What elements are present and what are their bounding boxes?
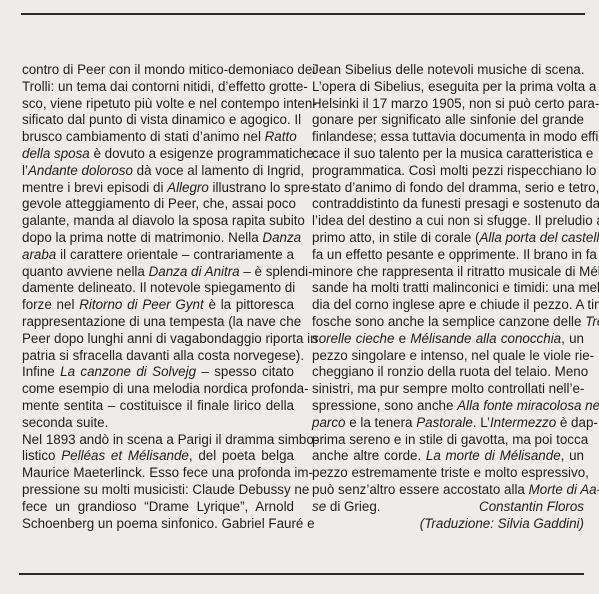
text-line: fece un grandioso “Drame Lyrique”, Arnol…: [22, 499, 294, 516]
text-line: cace il suo talento per la musica caratt…: [312, 146, 584, 163]
italic-title: La morte di Mélisande: [426, 448, 561, 463]
text-run: mente sentita – costituisce il finale li…: [22, 398, 294, 413]
text-run: finlandese; essa tuttavia documenta in m…: [312, 129, 599, 144]
text-run: Trolli: un tema dai contorni nitidi, d’e…: [22, 79, 308, 94]
text-line: gevole atteggiamento di Peer, che, assai…: [22, 196, 294, 213]
author-signature: Constantin Floros: [479, 499, 584, 516]
text-run: , un: [561, 448, 584, 463]
text-run: l’idea del destino a cui non si sfugge. …: [312, 213, 599, 228]
text-run: seconda suite.: [22, 415, 108, 430]
text-run: è la pittoresca: [204, 297, 294, 312]
text-run: patria si sfracella davanti alla costa n…: [22, 348, 304, 363]
text-run: Maurice Maeterlinck. Esso fece una profo…: [22, 465, 313, 480]
italic-title: Danza: [262, 230, 301, 245]
text-run: , un: [561, 331, 584, 346]
left-column: contro di Peer con il mondo mitico-demon…: [22, 62, 294, 532]
text-line: minore che rappresenta il ritratto music…: [312, 264, 584, 281]
text-run: sificato dal punto di vista dinamico e a…: [22, 112, 301, 127]
bottom-rule: [19, 573, 584, 575]
text-line: mentre i brevi episodi di Allegro illust…: [22, 180, 294, 197]
text-run: gevole atteggiamento di Peer, che, assai…: [22, 196, 296, 211]
text-run: – spesso citato: [196, 364, 294, 379]
text-run: , del poeta belga: [189, 448, 294, 463]
italic-title: Pelléas et Mélisande: [61, 448, 189, 463]
text-run: anche altre corde.: [312, 448, 426, 463]
text-run: è dovuto a esigenze programmatiche:: [90, 146, 318, 161]
italic-title: Danza di Anitra: [149, 264, 240, 279]
text-line: dia del corno inglese apre e chiude il p…: [312, 297, 584, 314]
text-run: fece un grandioso “Drame Lyrique”, Arnol…: [22, 499, 294, 514]
text-line: seconda suite.: [22, 415, 294, 432]
text-line: primo atto, in stile di corale (Alla por…: [312, 230, 584, 247]
text-line: programmatica. Così molti pezzi rispecch…: [312, 163, 584, 180]
italic-title: Allegro: [167, 180, 209, 195]
text-line: pezzo estremamente triste e molto espres…: [312, 465, 584, 482]
italic-title: Morte di Aa-: [529, 482, 599, 497]
text-run: dopo la prima notte di matrimonio. Nella: [22, 230, 262, 245]
italic-title: parco: [312, 415, 346, 430]
text-line: listico Pelléas et Mélisande, del poeta …: [22, 448, 294, 465]
text-line: pressione su molti musicisti: Claude Deb…: [22, 482, 294, 499]
italic-title: La canzone di Solvejg: [60, 364, 196, 379]
text-run: può senz’altro essere accostato alla: [312, 482, 529, 497]
text-line: fosche sono anche la semplice canzone de…: [312, 314, 584, 331]
text-run: Helsinki il 17 marzo 1905, non si può ce…: [312, 96, 599, 111]
text-line: stato d’animo di fondo del dramma, serio…: [312, 180, 584, 197]
text-line: Schoenberg un poema sinfonico. Gabriel F…: [22, 516, 294, 533]
text-line: cheggiano il ronzio della ruota del tela…: [312, 364, 584, 381]
text-run: come esempio di una melodia nordica prof…: [22, 381, 309, 396]
text-run: pezzo singolare e intenso, nel quale le …: [312, 348, 594, 363]
text-run: cace il suo talento per la musica caratt…: [312, 146, 593, 161]
text-run: il carattere orientale – contrariamente …: [56, 247, 294, 262]
text-run: L’opera di Sibelius, eseguita per la pri…: [312, 79, 596, 94]
text-line: Maurice Maeterlinck. Esso fece una profo…: [22, 465, 294, 482]
text-run: Schoenberg un poema sinfonico. Gabriel F…: [22, 516, 315, 531]
text-line: L’opera di Sibelius, eseguita per la pri…: [312, 79, 584, 96]
text-run: illustrano lo spre-: [209, 180, 315, 195]
text-line: anche altre corde. La morte di Mélisande…: [312, 448, 584, 465]
text-line: l’Andante doloroso dà voce al lamento di…: [22, 163, 294, 180]
text-run: e la tenera: [346, 415, 417, 430]
text-line: brusco cambiamento di stati d’animo nel …: [22, 129, 294, 146]
text-run: sinistri, ma pur sempre molto controllat…: [312, 381, 584, 396]
text-run: Infine: [22, 364, 60, 379]
italic-title: Mélisande alla conocchia: [410, 331, 561, 346]
text-line: araba il carattere orientale – contraria…: [22, 247, 294, 264]
text-run: fosche sono anche la semplice canzone de…: [312, 314, 585, 329]
text-run: quanto avviene nella: [22, 264, 149, 279]
text-line: sorelle cieche e Mélisande alla conocchi…: [312, 331, 584, 348]
text-line: Nel 1893 andò in scena a Parigi il dramm…: [22, 432, 294, 449]
text-line: prima sereno e in stile di gavotta, ma p…: [312, 432, 584, 449]
text-run: rappresentazione di una tempesta (la nav…: [22, 314, 301, 329]
text-line: della sposa è dovuto a esigenze programm…: [22, 146, 294, 163]
text-line: sco, viene ripetuto più volte e nel cont…: [22, 96, 294, 113]
text-run: forze nel: [22, 297, 79, 312]
text-line: quanto avviene nella Danza di Anitra – è…: [22, 264, 294, 281]
text-line: dopo la prima notte di matrimonio. Nella…: [22, 230, 294, 247]
text-run: . L’: [473, 415, 490, 430]
text-run: di Grieg.: [326, 499, 380, 514]
text-line: sande ha molti tratti malinconici e timi…: [312, 280, 584, 297]
text-line: finlandese; essa tuttavia documenta in m…: [312, 129, 584, 146]
text-run: Jean Sibelius delle notevoli musiche di …: [312, 62, 584, 77]
text-run: gonare per significato alle sinfonie del…: [312, 112, 584, 127]
text-line: parco e la tenera Pastorale. L’Intermezz…: [312, 415, 584, 432]
top-rule: [21, 13, 585, 15]
text-line: Trolli: un tema dai contorni nitidi, d’e…: [22, 79, 294, 96]
italic-title: sorelle cieche: [312, 331, 394, 346]
text-line: Peer dopo lunghi anni di vagabondaggio r…: [22, 331, 294, 348]
text-run: – è splendi-: [240, 264, 313, 279]
closing-line: se di Grieg.Constantin Floros: [312, 499, 584, 516]
text-line: forze nel Ritorno di Peer Gynt è la pitt…: [22, 297, 294, 314]
italic-title: della sposa: [22, 146, 90, 161]
italic-title: Pastorale: [416, 415, 473, 430]
text-line: gonare per significato alle sinfonie del…: [312, 112, 584, 129]
text-line: Helsinki il 17 marzo 1905, non si può ce…: [312, 96, 584, 113]
italic-title: Ritorno di Peer Gynt: [79, 297, 204, 312]
text-run: pezzo estremamente triste e molto espres…: [312, 465, 589, 480]
italic-title: se: [312, 499, 326, 514]
text-run: sande ha molti tratti malinconici e timi…: [312, 280, 599, 295]
text-run: dà voce al lamento di Ingrid,: [133, 163, 304, 178]
text-line: rappresentazione di una tempesta (la nav…: [22, 314, 294, 331]
text-line: spressione, sono anche Alla fonte miraco…: [312, 398, 584, 415]
text-line: mente sentita – costituisce il finale li…: [22, 398, 294, 415]
text-run: è dap-: [556, 415, 598, 430]
text-run: spressione, sono anche: [312, 398, 457, 413]
text-run: cheggiano il ronzio della ruota del tela…: [312, 364, 588, 379]
text-line: può senz’altro essere accostato alla Mor…: [312, 482, 584, 499]
text-run: primo atto, in stile di corale (: [312, 230, 479, 245]
italic-title: Intermezzo: [490, 415, 556, 430]
translation-credit: (Traduzione: Silvia Gaddini): [312, 516, 584, 533]
text-run: Nel 1893 andò in scena a Parigi il dramm…: [22, 432, 318, 447]
text-run: fa un effetto pesante e opprimente. Il b…: [312, 247, 597, 262]
text-line: contro di Peer con il mondo mitico-demon…: [22, 62, 294, 79]
text-run: pressione su molti musicisti: Claude Deb…: [22, 482, 309, 497]
text-line: sinistri, ma pur sempre molto controllat…: [312, 381, 584, 398]
text-run: contraddistinto da funesti presagi e sos…: [312, 196, 599, 211]
text-line: come esempio di una melodia nordica prof…: [22, 381, 294, 398]
text-run: e: [394, 331, 410, 346]
text-run: contro di Peer con il mondo mitico-demon…: [22, 62, 315, 77]
text-run: brusco cambiamento di stati d’animo nel: [22, 129, 265, 144]
italic-title: araba: [22, 247, 56, 262]
text-run: sco, viene ripetuto più volte e nel cont…: [22, 96, 317, 111]
text-line: l’idea del destino a cui non si sfugge. …: [312, 213, 584, 230]
text-line: patria si sfracella davanti alla costa n…: [22, 348, 294, 365]
closing-text: se di Grieg.: [312, 499, 380, 516]
text-run: galante, manda al diavolo la sposa rapit…: [22, 213, 305, 228]
text-run: Peer dopo lunghi anni di vagabondaggio r…: [22, 331, 318, 346]
text-run: mentre i brevi episodi di: [22, 180, 167, 195]
text-line: sificato dal punto di vista dinamico e a…: [22, 112, 294, 129]
italic-title: Tre: [585, 314, 599, 329]
italic-title: Alla porta del castello: [479, 230, 599, 245]
text-line: contraddistinto da funesti presagi e sos…: [312, 196, 584, 213]
text-line: galante, manda al diavolo la sposa rapit…: [22, 213, 294, 230]
text-line: Jean Sibelius delle notevoli musiche di …: [312, 62, 584, 79]
text-run: damente delineato. Il notevole spiegamen…: [22, 280, 295, 295]
italic-title: Ratto: [265, 129, 297, 144]
text-line: pezzo singolare e intenso, nel quale le …: [312, 348, 584, 365]
text-run: dia del corno inglese apre e chiude il p…: [312, 297, 599, 312]
text-run: minore che rappresenta il ritratto music…: [312, 264, 599, 279]
text-run: stato d’animo di fondo del dramma, serio…: [312, 180, 599, 195]
right-column: Jean Sibelius delle notevoli musiche di …: [312, 62, 584, 532]
italic-title: Alla fonte miracolosa nel: [457, 398, 599, 413]
text-line: fa un effetto pesante e opprimente. Il b…: [312, 247, 584, 264]
text-run: prima sereno e in stile di gavotta, ma p…: [312, 432, 588, 447]
text-line: Infine La canzone di Solvejg – spesso ci…: [22, 364, 294, 381]
italic-title: Andante doloroso: [28, 163, 133, 178]
text-run: programmatica. Così molti pezzi rispecch…: [312, 163, 596, 178]
text-line: damente delineato. Il notevole spiegamen…: [22, 280, 294, 297]
text-run: listico: [22, 448, 61, 463]
